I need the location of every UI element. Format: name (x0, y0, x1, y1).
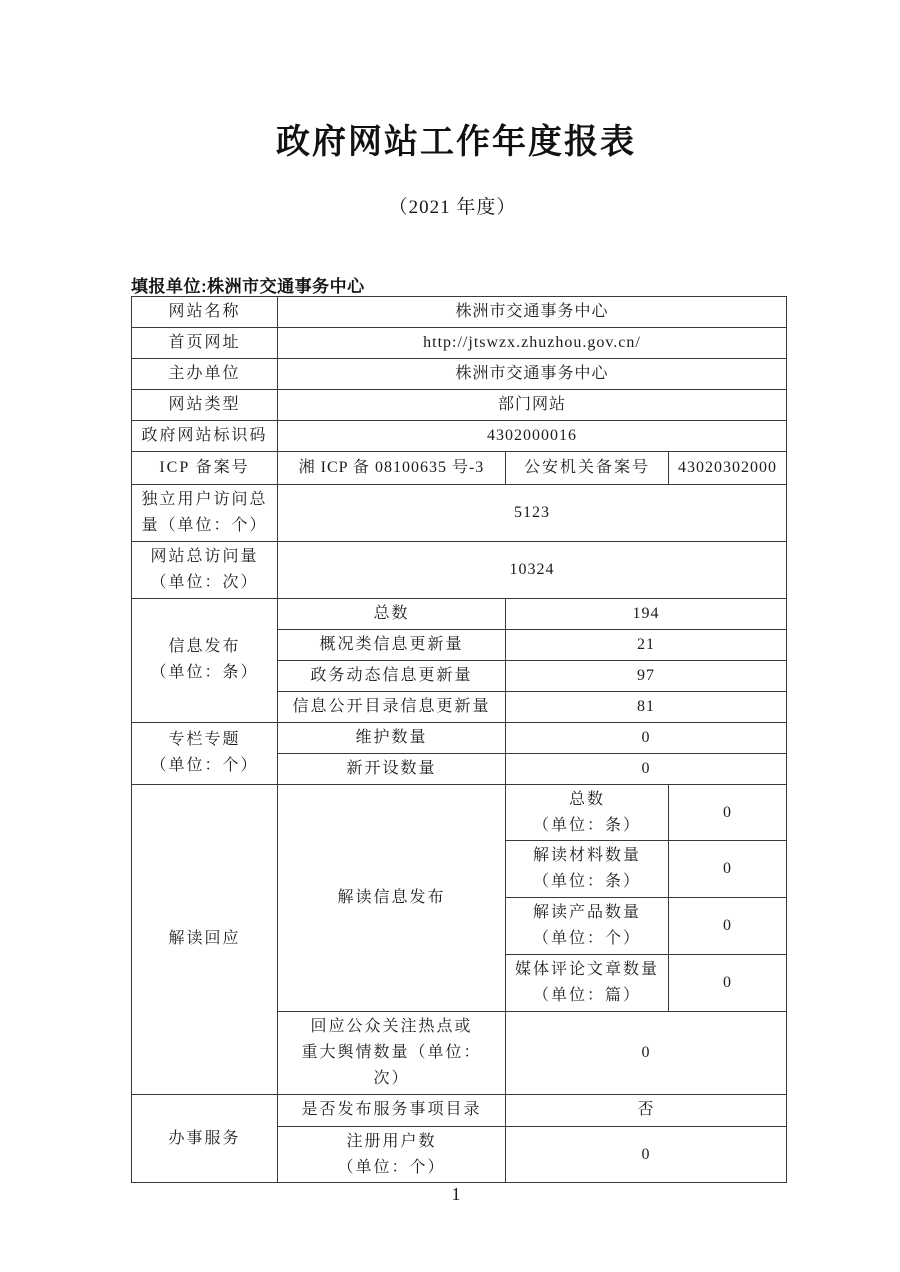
police-record-label: 公安机关备案号 (506, 452, 669, 485)
homepage-url: http://jtswzx.zhuzhou.gov.cn/ (278, 328, 787, 359)
row-value: 株洲市交通事务中心 (278, 359, 787, 390)
table-row-homepage-url: 首页网址 http://jtswzx.zhuzhou.gov.cn/ (132, 328, 787, 359)
row-value: 0 (506, 1011, 787, 1094)
table-row-site-id: 政府网站标识码 4302000016 (132, 421, 787, 452)
row-label: 政府网站标识码 (132, 421, 278, 452)
row-value: 0 (506, 753, 787, 784)
report-table: 网站名称 株洲市交通事务中心 首页网址 http://jtswzx.zhuzho… (131, 296, 787, 1183)
row-value: 21 (506, 629, 787, 660)
row-value: 株洲市交通事务中心 (278, 297, 787, 328)
row-label: 解读材料数量 （单位：条） (506, 841, 669, 898)
row-label: 是否发布服务事项目录 (278, 1094, 506, 1126)
table-row-interp-total: 解读回应 解读信息发布 总数 （单位：条） 0 (132, 784, 787, 841)
row-label: 概况类信息更新量 (278, 629, 506, 660)
table-row-columns-maintained: 专栏专题 （单位：个） 维护数量 0 (132, 722, 787, 753)
document-page: 政府网站工作年度报表 （2021 年度） 填报单位:株洲市交通事务中心 网站名称… (0, 0, 900, 1272)
row-value: 部门网站 (278, 390, 787, 421)
row-value: 5123 (278, 485, 787, 542)
row-label: 总数 （单位：条） (506, 784, 669, 841)
table-row-total-visits: 网站总访问量 （单位：次） 10324 (132, 541, 787, 598)
row-value: 0 (669, 784, 787, 841)
row-value: 0 (669, 955, 787, 1012)
row-label: 解读产品数量 （单位：个） (506, 898, 669, 955)
icp-label: ICP 备案号 (132, 452, 278, 485)
row-label: 独立用户访问总 量（单位：个） (132, 485, 278, 542)
table-row-service-directory: 办事服务 是否发布服务事项目录 否 (132, 1094, 787, 1126)
document-title: 政府网站工作年度报表 (0, 114, 900, 163)
row-label: 网站名称 (132, 297, 278, 328)
row-label: 新开设数量 (278, 753, 506, 784)
row-value: 0 (669, 841, 787, 898)
table-row-icp: ICP 备案号 湘 ICP 备 08100635 号-3 公安机关备案号 430… (132, 452, 787, 485)
row-value: 10324 (278, 541, 787, 598)
row-label: 网站总访问量 （单位：次） (132, 541, 278, 598)
table-row-info-total: 信息发布 （单位：条） 总数 194 (132, 598, 787, 629)
page-number: 1 (0, 1184, 900, 1205)
group-label-special-columns: 专栏专题 （单位：个） (132, 722, 278, 784)
table-row-site-name: 网站名称 株洲市交通事务中心 (132, 297, 787, 328)
table-row-unique-visitors: 独立用户访问总 量（单位：个） 5123 (132, 485, 787, 542)
row-label: 主办单位 (132, 359, 278, 390)
row-label: 首页网址 (132, 328, 278, 359)
subgroup-label-interp-publish: 解读信息发布 (278, 784, 506, 1011)
row-label: 注册用户数 （单位：个） (278, 1126, 506, 1183)
row-label: 回应公众关注热点或 重大舆情数量（单位： 次） (278, 1011, 506, 1094)
row-label: 媒体评论文章数量 （单位：篇） (506, 955, 669, 1012)
row-value: 0 (669, 898, 787, 955)
police-record-value: 43020302000 (669, 452, 787, 485)
row-value: 0 (506, 722, 787, 753)
group-label-services: 办事服务 (132, 1094, 278, 1183)
row-label: 维护数量 (278, 722, 506, 753)
row-value: 0 (506, 1126, 787, 1183)
row-label: 信息公开目录信息更新量 (278, 691, 506, 722)
table-row-site-type: 网站类型 部门网站 (132, 390, 787, 421)
table-row-host-unit: 主办单位 株洲市交通事务中心 (132, 359, 787, 390)
group-label-info-publish: 信息发布 （单位：条） (132, 598, 278, 722)
row-value: 97 (506, 660, 787, 691)
row-value: 194 (506, 598, 787, 629)
row-label: 总数 (278, 598, 506, 629)
reporting-unit: 填报单位:株洲市交通事务中心 (131, 272, 365, 297)
row-label: 网站类型 (132, 390, 278, 421)
document-subtitle: （2021 年度） (0, 192, 900, 219)
row-value: 81 (506, 691, 787, 722)
group-label-interpretation: 解读回应 (132, 784, 278, 1094)
icp-value: 湘 ICP 备 08100635 号-3 (278, 452, 506, 485)
row-value: 4302000016 (278, 421, 787, 452)
row-value: 否 (506, 1094, 787, 1126)
row-label: 政务动态信息更新量 (278, 660, 506, 691)
